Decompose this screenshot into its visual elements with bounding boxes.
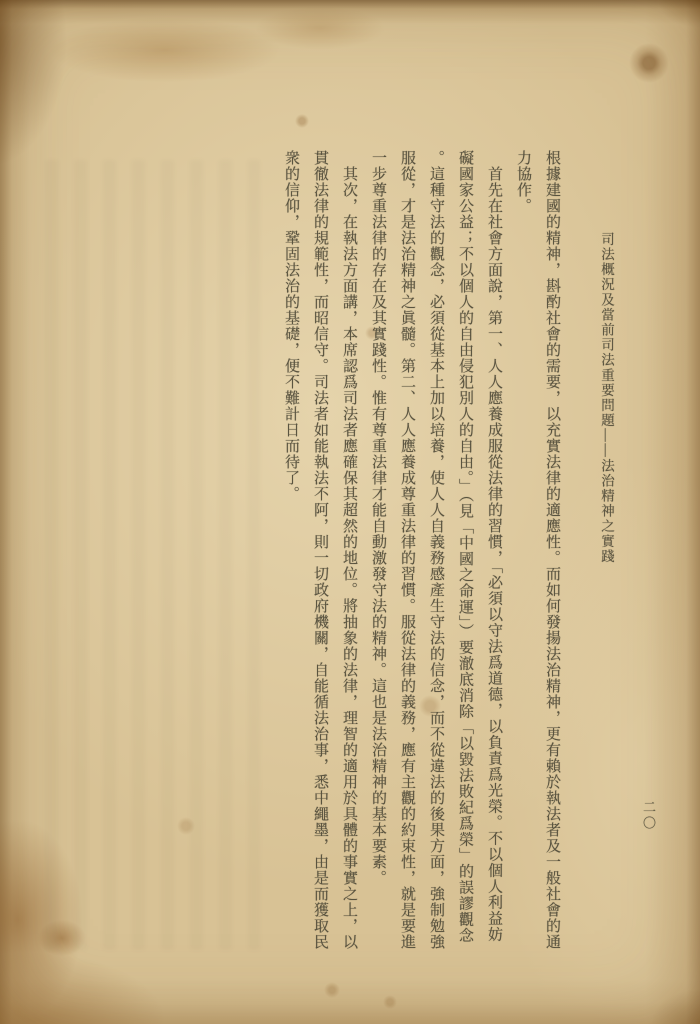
body-text: 根據建國的精神，斟酌社會的需要，以充實法律的適應性。而如何發揚法治精神，更有賴於…	[276, 150, 566, 950]
reverse-side-show-through	[45, 160, 260, 950]
paragraph-3: 其次，在執法方面講，本席認爲司法者應確保其超然的地位。將抽象的法律，理智的適用於…	[276, 150, 363, 950]
paragraph-1: 根據建國的精神，斟酌社會的需要，以充實法律的適應性。而如何發揚法治精神，更有賴於…	[508, 150, 566, 950]
running-title: 司法概況及當前司法重要問題——法治精神之實踐	[594, 232, 618, 592]
paragraph-2: 首先在社會方面說，第一、人人應養成服從法律的習慣，「必須以守法爲道德，以負責爲光…	[363, 150, 508, 950]
book-page: 司法概況及當前司法重要問題——法治精神之實踐 二〇 根據建國的精神，斟酌社會的需…	[0, 0, 700, 1024]
page-number: 二〇	[638, 800, 658, 860]
